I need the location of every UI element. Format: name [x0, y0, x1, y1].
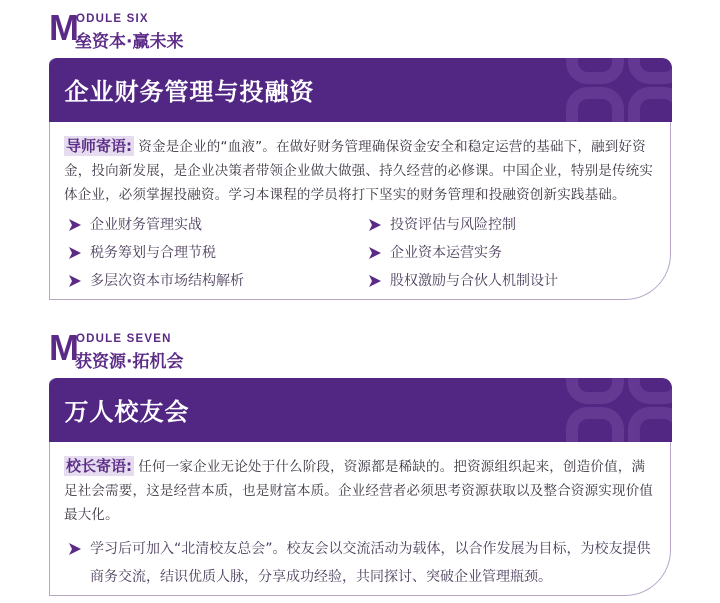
- card-title: 企业财务管理与投融资: [65, 72, 315, 107]
- list-item: 企业财务管理实战: [69, 211, 369, 239]
- card-body: 校长寄语: 任何一家企业无论处于什么阶段，资源都是稀缺的。把资源组织起来，创造价…: [50, 442, 670, 591]
- arrow-right-icon: [69, 543, 81, 555]
- list-item-label: 股权激励与合伙人机制设计: [390, 269, 558, 293]
- module-initial: M: [49, 10, 78, 46]
- arrow-right-icon: [69, 275, 81, 287]
- list-item-label: 多层次资本市场结构解析: [90, 269, 244, 293]
- list-item: 税务筹划与合理节税: [69, 239, 369, 267]
- arrow-right-icon: [69, 247, 81, 259]
- arrow-right-icon: [369, 247, 381, 259]
- list-item-label: 税务筹划与合理节税: [90, 241, 216, 265]
- list-item-label: 企业资本运营实务: [390, 241, 502, 265]
- card-body: 导师寄语: 资金是企业的“血液”。在做好财务管理确保资金安全和稳定运营的基础下，…: [50, 122, 670, 295]
- arrow-right-icon: [69, 219, 81, 231]
- quote-text: 任何一家企业无论处于什么阶段，资源都是稀缺的。把资源组织起来，创造价值，满足社会…: [64, 459, 653, 523]
- arrow-right-icon: [369, 219, 381, 231]
- module-label-cn: 获资源·拓机会: [75, 347, 183, 372]
- card-header: 万人校友会: [49, 378, 672, 442]
- list-item: 企业资本运营实务: [369, 239, 669, 267]
- list-item-label: 学习后可加入“北清校友总会”。校友会以交流活动为载体，以合作发展为目标，为校友提…: [90, 535, 656, 591]
- mentor-quote: 导师寄语: 资金是企业的“血液”。在做好财务管理确保资金安全和稳定运营的基础下，…: [64, 134, 656, 207]
- module-label-en: ODULE SEVEN: [76, 333, 172, 345]
- module-seven-card: 万人校友会 校长寄语: 任何一家企业无论处于什么阶段，资源都是稀缺的。把资源组织…: [49, 378, 671, 596]
- principal-quote: 校长寄语: 任何一家企业无论处于什么阶段，资源都是稀缺的。把资源组织起来，创造价…: [64, 454, 656, 527]
- module-six-card: 企业财务管理与投融资 导师寄语: 资金是企业的“血液”。在做好财务管理确保资金安…: [49, 58, 671, 300]
- quote-label: 校长寄语:: [64, 456, 134, 476]
- list-item: 股权激励与合伙人机制设计: [369, 267, 669, 295]
- card-title: 万人校友会: [65, 392, 190, 427]
- list-item-label: 投资评估与风险控制: [390, 213, 516, 237]
- module-label-en: ODULE SIX: [76, 13, 149, 25]
- list-item-label: 企业财务管理实战: [90, 213, 202, 237]
- list-item: 投资评估与风险控制: [369, 211, 669, 239]
- list-item: 学习后可加入“北清校友总会”。校友会以交流活动为载体，以合作发展为目标，为校友提…: [64, 535, 656, 591]
- quote-label: 导师寄语:: [64, 136, 134, 156]
- arrow-right-icon: [369, 275, 381, 287]
- list-item: 多层次资本市场结构解析: [69, 267, 369, 295]
- module-six-header: M ODULE SIX 垒资本·赢未来: [49, 10, 249, 50]
- lattice-watermark-icon: [562, 378, 672, 442]
- module-label-cn: 垒资本·赢未来: [75, 27, 183, 52]
- card-header: 企业财务管理与投融资: [49, 58, 672, 122]
- module-initial: M: [49, 330, 78, 366]
- module-seven-header: M ODULE SEVEN 获资源·拓机会: [49, 330, 249, 370]
- quote-text: 资金是企业的“血液”。在做好财务管理确保资金安全和稳定运营的基础下，融到好资金，…: [64, 139, 653, 203]
- course-topic-list: 企业财务管理实战 投资评估与风险控制 税务筹划与合理节税 企业资本运营实务 多层…: [64, 211, 656, 295]
- lattice-watermark-icon: [562, 58, 672, 122]
